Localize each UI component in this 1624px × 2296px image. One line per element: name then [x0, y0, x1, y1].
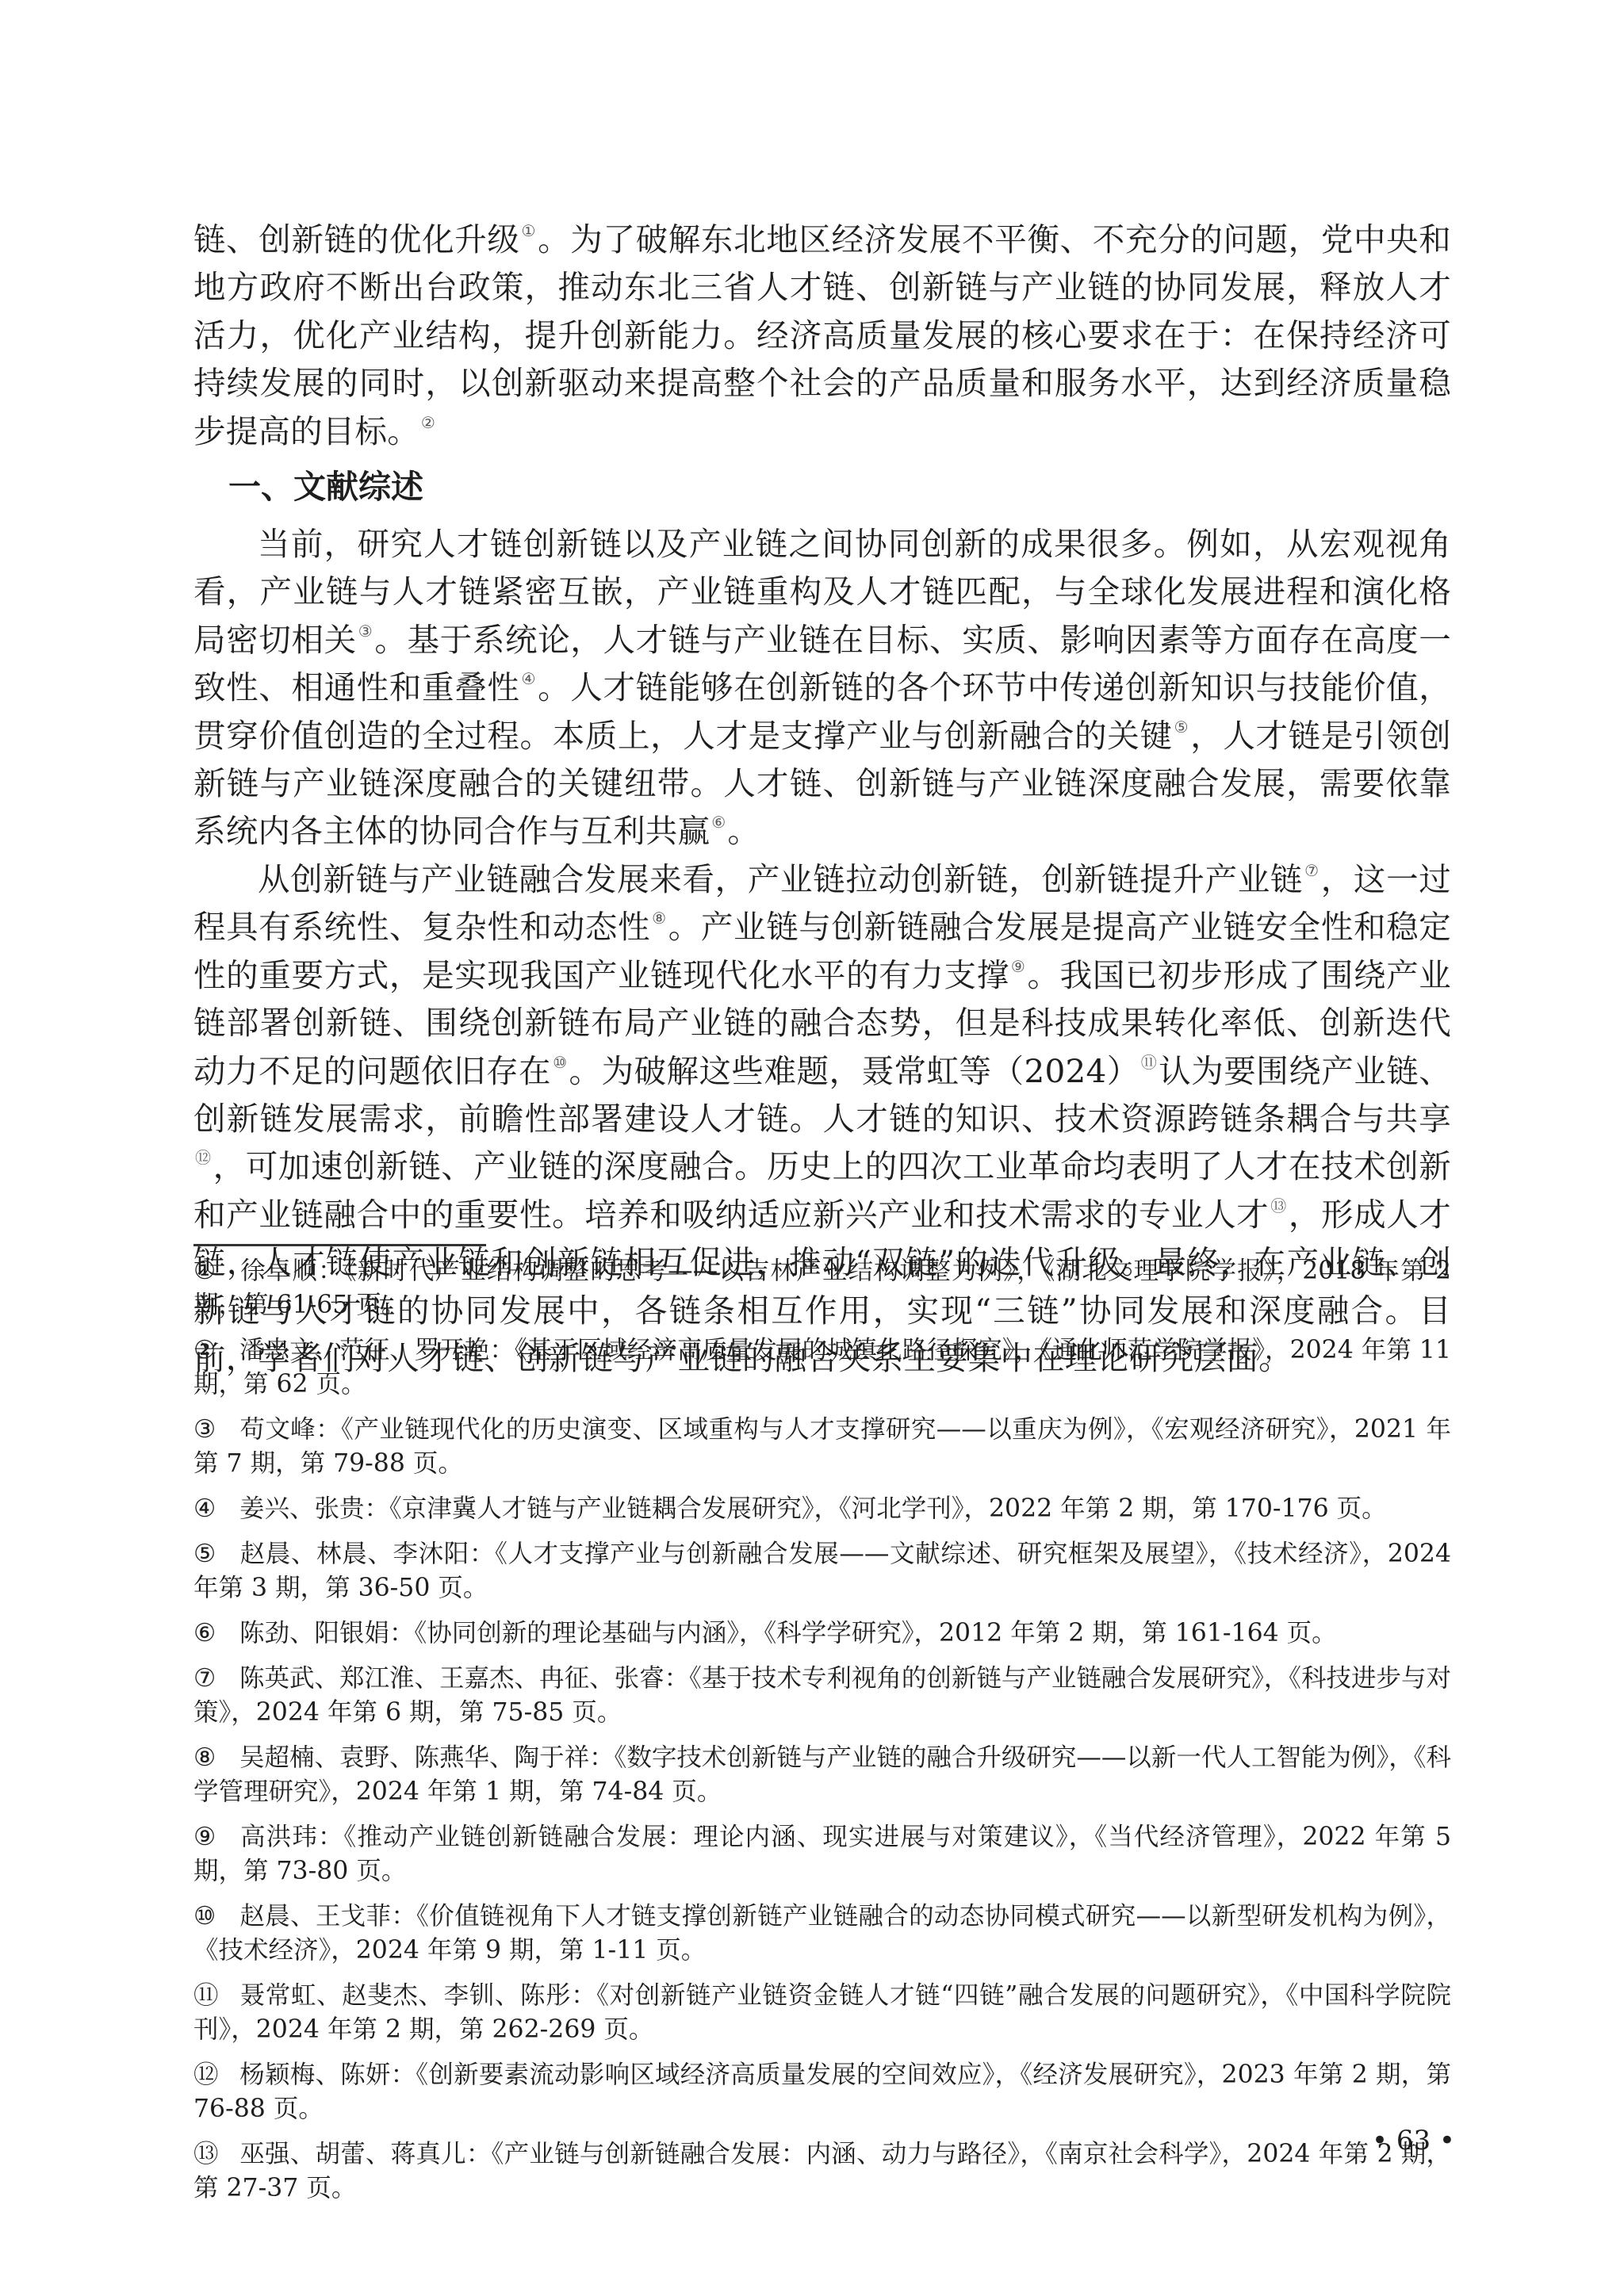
text-run: 从创新链与产业链融合发展来看，产业链拉动创新链，创新链提升产业链: [258, 860, 1303, 898]
footnote-marker[interactable]: ①: [522, 221, 537, 240]
footnote-text: 赵晨、林晨、李沐阳：《人才支撑产业与创新融合发展——文献综述、研究框架及展望》，…: [193, 1540, 1451, 1602]
footnote-item: ⑤赵晨、林晨、李沐阳：《人才支撑产业与创新融合发展——文献综述、研究框架及展望》…: [193, 1537, 1451, 1605]
footnote-text: 陈劲、阳银娟：《协同创新的理论基础与内涵》，《科学学研究》，2012 年第 2 …: [239, 1619, 1337, 1647]
footnote-marker[interactable]: ④: [522, 669, 537, 688]
footnote-marker[interactable]: ⑦: [1304, 861, 1319, 880]
footnote-item: ⑦陈英武、郑江淮、王嘉杰、冉征、张睿：《基于技术专利视角的创新链与产业链融合发展…: [193, 1662, 1451, 1730]
footnote-number: ⑥: [193, 1617, 239, 1651]
footnote-number: ⑬: [193, 2137, 239, 2172]
footnote-item: ④姜兴、张贵：《京津冀人才链与产业链耦合发展研究》，《河北学刊》，2022 年第…: [193, 1492, 1451, 1526]
footnote-number: ⑦: [193, 1662, 239, 1696]
footnote-number: ①: [193, 1254, 239, 1288]
footnote-marker[interactable]: ⑪: [1141, 1053, 1158, 1072]
footnote-divider: [193, 1244, 486, 1246]
footnotes-list: ①徐卓顺：《新时代产业结构调整的思考——以吉林产业结构调整为例》，《湖北文理学院…: [193, 1254, 1451, 2217]
footnote-text: 高洪玮：《推动产业链创新链融合发展：理论内涵、现实进展与对策建议》，《当代经济管…: [193, 1823, 1451, 1885]
text-run: 。为破解这些难题，聂常虹等（2024）: [569, 1052, 1139, 1090]
footnote-number: ⑧: [193, 1741, 239, 1775]
footnote-number: ⑨: [193, 1820, 239, 1854]
footnote-item: ⑪聂常虹、赵斐杰、李钏、陈彤：《对创新链产业链资金链人才链“四链”融合发展的问题…: [193, 1979, 1451, 2047]
footnote-marker[interactable]: ⑨: [1011, 957, 1026, 976]
text-run: ，可加速创新链、产业链的深度融合。历史上的四次工业革命均表明了人才在技术创新和产…: [193, 1147, 1451, 1233]
footnote-text: 吴超楠、袁野、陈燕华、陶于祥：《数字技术创新链与产业链的融合升级研究——以新一代…: [193, 1743, 1451, 1806]
text-run: 。: [727, 812, 760, 850]
footnote-text: 苟文峰：《产业链现代化的历史演变、区域重构与人才支撑研究——以重庆为例》，《宏观…: [193, 1415, 1451, 1478]
footnote-text: 杨颖梅、陈妍：《创新要素流动影响区域经济高质量发展的空间效应》，《经济发展研究》…: [193, 2061, 1451, 2123]
footnote-marker[interactable]: ⑩: [553, 1053, 567, 1072]
footnote-number: ③: [193, 1413, 239, 1447]
footnote-number: ②: [193, 1334, 239, 1368]
footnote-marker[interactable]: ⑫: [195, 1148, 212, 1167]
page-number: • 63 •: [1372, 2125, 1455, 2156]
footnote-item: ①徐卓顺：《新时代产业结构调整的思考——以吉林产业结构调整为例》，《湖北文理学院…: [193, 1254, 1451, 1322]
paragraph-literature-1: 当前，研究人才链创新链以及产业链之间协同创新的成果很多。例如，从宏观视角看，产业…: [193, 520, 1451, 855]
footnote-item: ③苟文峰：《产业链现代化的历史演变、区域重构与人才支撑研究——以重庆为例》，《宏…: [193, 1413, 1451, 1481]
footnote-item: ⑨高洪玮：《推动产业链创新链融合发展：理论内涵、现实进展与对策建议》，《当代经济…: [193, 1820, 1451, 1888]
footnote-marker[interactable]: ②: [421, 413, 435, 432]
footnote-text: 赵晨、王戈菲：《价值链视角下人才链支撑创新链产业链融合的动态协同模式研究——以新…: [193, 1902, 1451, 1965]
footnote-item: ⑧吴超楠、袁野、陈燕华、陶于祥：《数字技术创新链与产业链的融合升级研究——以新一…: [193, 1741, 1451, 1809]
footnote-text: 陈英武、郑江淮、王嘉杰、冉征、张睿：《基于技术专利视角的创新链与产业链融合发展研…: [193, 1664, 1451, 1727]
footnote-marker[interactable]: ⑧: [652, 909, 667, 928]
footnote-number: ④: [193, 1492, 239, 1526]
text-run: 链、创新链的优化升级: [193, 220, 520, 258]
footnote-item: ⑫杨颖梅、陈妍：《创新要素流动影响区域经济高质量发展的空间效应》，《经济发展研究…: [193, 2058, 1451, 2126]
footnote-number: ⑫: [193, 2058, 239, 2092]
footnote-text: 徐卓顺：《新时代产业结构调整的思考——以吉林产业结构调整为例》，《湖北文理学院学…: [193, 1257, 1451, 1319]
footnote-marker[interactable]: ③: [358, 622, 373, 641]
footnote-number: ⑤: [193, 1537, 239, 1571]
footnote-text: 潘忠文、范征、罗开艳：《基于区域经济高质量发展的城镇化路径探究》，《通化师范学院…: [193, 1336, 1451, 1399]
footnote-text: 聂常虹、赵斐杰、李钏、陈彤：《对创新链产业链资金链人才链“四链”融合发展的问题研…: [193, 1981, 1451, 2044]
footnote-item: ②潘忠文、范征、罗开艳：《基于区域经济高质量发展的城镇化路径探究》，《通化师范学…: [193, 1334, 1451, 1402]
footnote-text: 姜兴、张贵：《京津冀人才链与产业链耦合发展研究》，《河北学刊》，2022 年第 …: [239, 1494, 1387, 1523]
section-heading: 一、文献综述: [228, 463, 1451, 511]
footnote-item: ⑥陈劲、阳银娟：《协同创新的理论基础与内涵》，《科学学研究》，2012 年第 2…: [193, 1617, 1451, 1651]
page-body: 链、创新链的优化升级①。为了破解东北地区经济发展不平衡、不充分的问题，党中央和地…: [193, 216, 1451, 1382]
intro-paragraph: 链、创新链的优化升级①。为了破解东北地区经济发展不平衡、不充分的问题，党中央和地…: [193, 216, 1451, 455]
footnote-item: ⑩赵晨、王戈菲：《价值链视角下人才链支撑创新链产业链融合的动态协同模式研究——以…: [193, 1900, 1451, 1968]
footnote-number: ⑪: [193, 1979, 239, 2013]
footnote-marker[interactable]: ⑤: [1174, 717, 1189, 737]
footnote-item: ⑬巫强、胡蕾、蒋真儿：《产业链与创新链融合发展：内涵、动力与路径》，《南京社会科…: [193, 2137, 1451, 2206]
footnote-text: 巫强、胡蕾、蒋真儿：《产业链与创新链融合发展：内涵、动力与路径》，《南京社会科学…: [193, 2140, 1451, 2202]
footnote-marker[interactable]: ⑥: [711, 813, 726, 832]
footnote-marker[interactable]: ⑬: [1270, 1196, 1287, 1215]
footnote-number: ⑩: [193, 1900, 239, 1934]
